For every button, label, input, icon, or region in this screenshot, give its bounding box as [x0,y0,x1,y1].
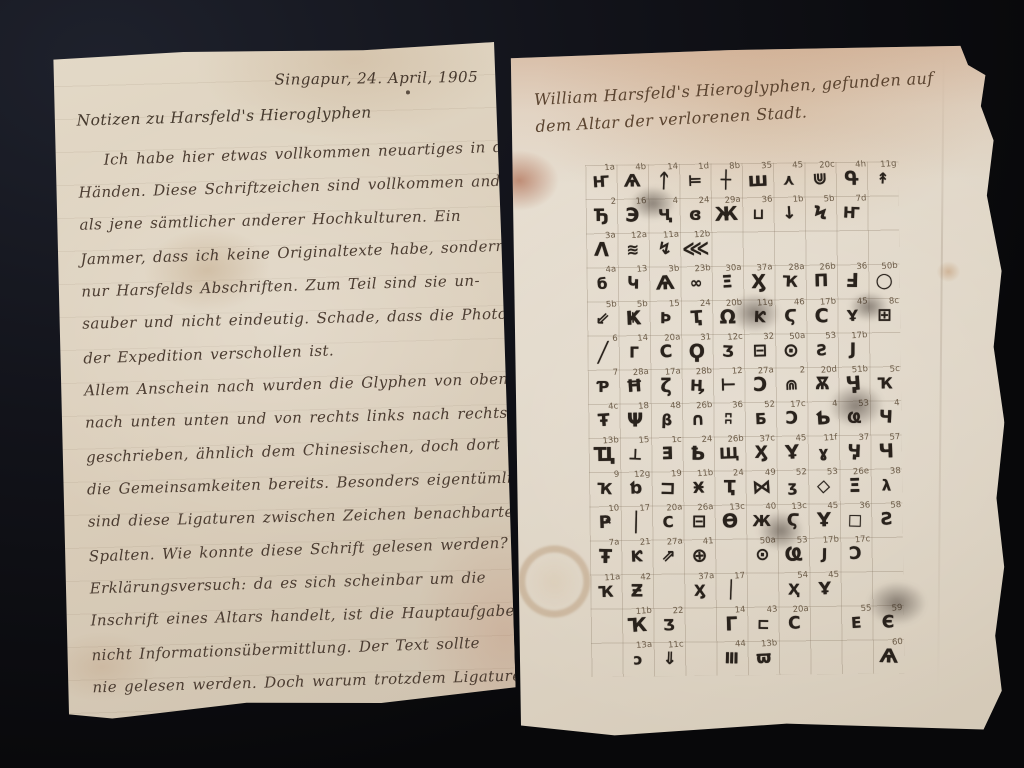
glyph-number: 12 [732,366,744,377]
glyph-cell: ⊕41 [684,539,715,573]
glyph-number: 53 [827,467,839,478]
glyph-cell: Ƨ53 [806,333,837,367]
glyph-cell: ◇53 [808,469,839,503]
glyph: Ҭ [714,474,745,500]
glyph-number: 11a [662,230,679,241]
glyph-cell: Ј17b [838,332,869,366]
glyph: ʒ [777,474,808,500]
glyph-cell: Ж29a [711,197,742,231]
glyph-number: 14 [667,162,679,173]
glyph-number: 26b [727,434,744,445]
right-glyph-page: William Harsfeld's Hieroglyphen, gefunde… [508,44,1008,738]
glyph-number: 36 [856,262,868,273]
glyph-number: 50b [882,261,899,272]
glyph-number: 7 [612,367,618,377]
glyph-number: 24 [701,434,713,445]
glyph-number: 48 [670,400,682,411]
coffee-ring-stain [518,545,591,618]
glyph-cell: Ƶ42 [622,574,653,608]
glyph-cell: ϖ13b [748,641,779,675]
glyph-number: 52 [796,467,808,478]
glyph-number: 12c [727,331,743,342]
glyph-cell: Ҝ5b [618,301,649,335]
glyph-cell: Ҭ24 [714,470,745,504]
glyph-cell: Ƥ7 [588,369,619,403]
glyph-number: 17c [854,535,870,546]
glyph-number: 26a [697,502,714,513]
glyph-cell: ⋘12b [680,232,711,266]
glyph-number: 37a [757,263,774,274]
glyph-cell: β48 [651,403,682,437]
glyph-number: 45 [792,160,804,171]
glyph-cell: Ɔ17c [840,537,871,571]
glyph-number: 4h [854,159,866,170]
glyph-number: 20a [664,332,681,343]
glyph-number: 13b [761,638,778,649]
glyph-cell: ⊟32 [744,333,775,367]
glyph-cell: ⇙5b [587,301,618,335]
glyph-cell: ↯11a [649,232,680,266]
glyph-number: 19 [670,469,682,480]
glyph-number: 20d [820,364,837,375]
glyph-cell: □36 [840,503,871,537]
glyph-number: 10 [608,504,620,515]
glyph-cell: Ϟ5b [805,196,836,230]
glyph-number: 12a [631,230,648,241]
glyph-number: 13 [637,264,649,275]
glyph-cell: Ξ26e [839,469,870,503]
glyph-cell: Ҥ1a [585,165,616,199]
glyph-cell: Ǝ1c [651,437,682,471]
glyph-number: 53 [825,330,837,341]
glyph-number: 36 [761,195,773,206]
glyph: □ [840,507,872,534]
glyph-number: 27a [758,365,775,376]
glyph-number: 50a [789,331,806,342]
glyph-cell: Ӡ22 [653,608,684,642]
glyph-number: 24 [700,298,712,309]
glyph-cell: Þ15 [649,300,680,334]
glyph-cell: ш35 [742,163,773,197]
left-letter-page: Singapur, 24. April, 1905 Notizen zu Har… [49,42,516,721]
glyph-cell: ⋓20c [804,162,835,196]
glyph-number: 14 [735,604,747,615]
glyph-cell: Ј17b [809,537,840,571]
glyph-number: 27a [666,537,683,548]
ink-dot [406,90,410,94]
glyph-number: 37 [858,432,870,443]
glyph-number: 13c [729,502,745,513]
glyph-number: 11c [668,639,684,650]
glyph-cell: Ҥ7d [836,196,867,230]
glyph-cell: ɔ13a [622,642,653,676]
glyph-cell: ≋12a [617,233,648,267]
glyph-cell: ∞23b [680,266,711,300]
glyph-number: 43 [766,604,778,615]
glyph-cell: ⋈49 [745,470,776,504]
glyph-cell: Ұ45 [808,503,839,537]
glyph-number: 1d [698,161,710,172]
glyph-number: 49 [764,468,776,479]
glyph-number: 20a [666,503,683,514]
glyph-number: 17b [819,296,836,307]
glyph-cell: ┼8b [710,163,741,197]
glyph-number: 17 [734,570,746,581]
glyph-number: 2 [610,197,616,207]
glyph-number: 5b [606,299,618,310]
glyph-number: 52 [763,399,775,410]
glyph-number: 1c [671,435,682,446]
photo-scene: Singapur, 24. April, 1905 Notizen zu Har… [0,0,1024,768]
glyph-number: 4a [605,265,616,276]
glyph-number: 23b [694,263,711,274]
glyph-number: 8c [888,295,899,306]
glyph-cell: │17 [715,573,746,607]
glyph-number: 26e [853,466,870,477]
glyph: б [586,271,618,298]
glyph-cell: Ѧ3b [649,266,680,300]
glyph: ⊔ [742,201,773,227]
glyph-cell: λ38 [871,468,902,502]
glyph-cell: │17 [621,506,652,540]
glyph-number: 32 [763,331,775,342]
glyph-number: 35 [761,160,773,171]
glyph-number: 12g [634,469,651,480]
glyph-number: 15 [639,435,651,446]
glyph-number: 2 [800,365,806,375]
glyph: λ [871,472,903,499]
glyph-number: 18 [638,401,650,412]
glyph-number: 57 [889,432,901,443]
glyph-number: 60 [892,637,904,648]
glyph: ⊐ [651,475,683,502]
glyph-cell: Ӌ37 [839,435,870,469]
glyph-cell: ⊐19 [652,471,683,505]
glyph-cell: Ŧ7a [590,540,621,574]
glyph-cell: ʭ36 [713,402,744,436]
glyph-cell: ↓1b [773,197,804,231]
glyph-cell: ⊟26a [683,505,714,539]
glyph-number: 15 [668,298,680,309]
glyph-cell: Ђ2 [586,199,617,233]
glyph-number: 42 [640,572,652,583]
glyph-cell: Ӽ37a [684,573,715,607]
glyph-number: 46 [793,297,805,308]
glyph-number: 13c [791,501,807,512]
glyph-cell: ɣ11f [808,435,839,469]
glyph-cell: С20a [652,505,683,539]
glyph-number: 38 [889,466,901,477]
glyph-cell: ƅ12g [620,471,651,505]
glyph-number: 26b [819,262,836,273]
glyph-cell: Γ14 [716,607,747,641]
glyph-number: 28b [695,366,712,377]
glyph-number: 17b [822,535,839,546]
glyph-cell: Ʌ3a [586,233,617,267]
glyph-cell: Ѳ13c [715,504,746,538]
glyph-number: 36 [732,400,744,411]
letter-date: Singapur, 24. April, 1905 [275,68,479,89]
glyph-cell: ɞ24 [680,198,711,232]
glyph-number: 37c [759,433,775,444]
glyph: Ѧ [649,270,681,297]
glyph: ɞ [679,202,711,229]
glyph-cell: ⊔36 [742,197,773,231]
glyph-cell: Ϙ31 [681,334,712,368]
glyph-number: 12b [693,229,710,240]
glyph-cell: ⇓11c [654,642,685,676]
glyph: Կ [618,271,650,298]
glyph-number: 20a [792,604,809,615]
glyph-number: 13b [602,435,619,446]
glyph-cell: Щ26b [714,436,745,470]
glyph: ⋏ [773,167,804,193]
glyph-cell: Կ13 [618,267,649,301]
glyph-number: 17c [790,399,806,410]
glyph-cell: С20a [778,606,809,640]
glyph-cell: Π26b [806,264,837,298]
glyph-number: 3a [605,231,616,242]
glyph-number: 7a [609,538,620,549]
glyph-number: 17b [851,330,868,341]
glyph: Ƙ [621,543,653,570]
glyph-number: 11a [604,572,621,583]
glyph-number: 36 [859,501,871,512]
glyph-cell: Γ14 [619,335,650,369]
glyph-number: 58 [890,500,902,511]
glyph-number: 1a [604,162,615,173]
glyph-number: 17 [640,503,652,514]
glyph-number: 8b [729,161,741,172]
paper-crease [937,55,945,695]
glyph-number: 20c [818,160,834,171]
glyph-number: 9 [613,470,619,480]
glyph-number: 3b [668,264,680,275]
glyph-cell: ∩26b [682,402,713,436]
glyph-cell: Ϲ17b [806,299,837,333]
glyph-number: 7d [855,193,867,204]
glyph-number: 45 [827,501,839,512]
glyph-number: 31 [700,332,712,343]
glyph-cell: ⇗27a [652,539,683,573]
glyph-cell: Ӡ12c [712,334,743,368]
glyph-cell: Ҵ13b [589,438,620,472]
glyph-cell: Ƨ58 [871,503,902,537]
glyph-cell: Ұ45 [809,572,840,606]
glyph: │ [621,509,653,536]
glyph-cell: ⊥15 [620,437,651,471]
glyph-number: 28a [633,367,650,378]
glyph: Ʌ [586,237,618,264]
glyph-cell: Ҡ28a [774,265,805,299]
glyph-number: 13a [636,640,653,651]
glyph-cell: Ψ18 [619,403,650,437]
glyph-cell: ⊏43 [747,606,778,640]
glyph-cell: Ч57 [870,434,901,468]
glyph-cell: Ӿ11b [683,471,714,505]
glyph-number: 54 [797,570,809,581]
glyph-cell: Ҡ11a [590,574,621,608]
glyph-number: 21 [640,537,652,548]
glyph-number: 41 [703,537,715,548]
glyph-cell: С20a [650,335,681,369]
glyph-cell: Ҏ10 [589,506,620,540]
glyph-number: 11f [823,433,838,444]
glyph-cell: Ҡ11b [622,608,653,642]
glyph-cell: ⊙50a [775,333,806,367]
glyph-page-title: William Harsfeld's Hieroglyphen, gefunde… [533,64,935,140]
glyph-cell: Ƃ52 [745,402,776,436]
glyph-number: 11b [696,468,713,479]
glyph-number: 45 [828,569,840,580]
glyph-number: 51b [852,364,869,375]
glyph-cell: ʒ52 [777,470,808,504]
glyph: Ұ [808,507,840,534]
glyph-number: 14 [637,333,649,344]
glyph-cell: Ӊ28b [682,368,713,402]
letter-body: Ich habe hier etwas vollkommen neuartige… [77,132,506,704]
glyph-number: 4 [894,398,900,408]
glyph-number: 17a [664,366,681,377]
glyph-cell: Ɔ27a [744,368,775,402]
glyph-number: 24 [733,468,745,479]
glyph-cell: Ҍ24 [682,437,713,471]
glyph-cell: Ұ45 [776,435,807,469]
glyph: Ⅎ [837,268,869,295]
glyph-cell: ⊨1d [679,164,710,198]
glyph-number: 5c [889,364,900,375]
glyph-number: 4b [635,162,647,173]
glyph-cell: ╱6 [587,335,618,369]
glyph-number: 5b [637,298,649,309]
glyph-cell: Ҭ24 [681,300,712,334]
glyph-number: 28a [788,262,805,273]
glyph-cell: Ɔ17c [776,401,807,435]
glyph-cell: Ξ30a [712,266,743,300]
glyph-number: 4c [608,401,619,412]
glyph: Ҏ [589,510,621,537]
glyph-cell: ↟11g [867,161,898,195]
glyph-cell: б4a [586,267,617,301]
glyph-cell: Ħ28a [619,369,650,403]
glyph: Ϟ [805,200,836,226]
glyph-cell: Ŧ4c [588,404,619,438]
glyph-number: 22 [672,605,684,616]
letter-heading: Notizen zu Harsfeld's Hieroglyphen [76,103,372,129]
glyph-cell: ⋏45 [773,162,804,196]
glyph-cell: Ӽ37c [745,436,776,470]
glyph-number: 30a [725,263,742,274]
glyph-cell: Ҡ9 [589,472,620,506]
glyph-number: 1b [792,194,804,205]
glyph-cell: Ѧ60 [873,639,904,673]
glyph-cell: ⊢12 [713,368,744,402]
glyph-cell: Ƙ21 [621,540,652,574]
glyph-cell: Ⅲ44 [716,641,747,675]
glyph-number: 6 [612,333,618,343]
glyph-number: 29a [724,195,741,206]
glyph-cell: Ҳ54 [778,572,809,606]
glyph-number: 44 [735,639,747,650]
glyph-cell: Գ4h [836,162,867,196]
glyph: Ŧ [590,544,622,571]
ink-smudge [866,581,927,626]
glyph-cell: ⋒2 [776,367,807,401]
glyph-number: 26b [695,400,712,411]
glyph-number: 5b [824,194,836,205]
glyph-number: 11g [880,159,897,170]
glyph-number: 11b [635,605,652,616]
glyph-number: 24 [698,195,710,206]
glyph-number: 37a [698,571,715,582]
glyph-cell: ζ17a [650,369,681,403]
glyph-number: 45 [795,433,807,444]
